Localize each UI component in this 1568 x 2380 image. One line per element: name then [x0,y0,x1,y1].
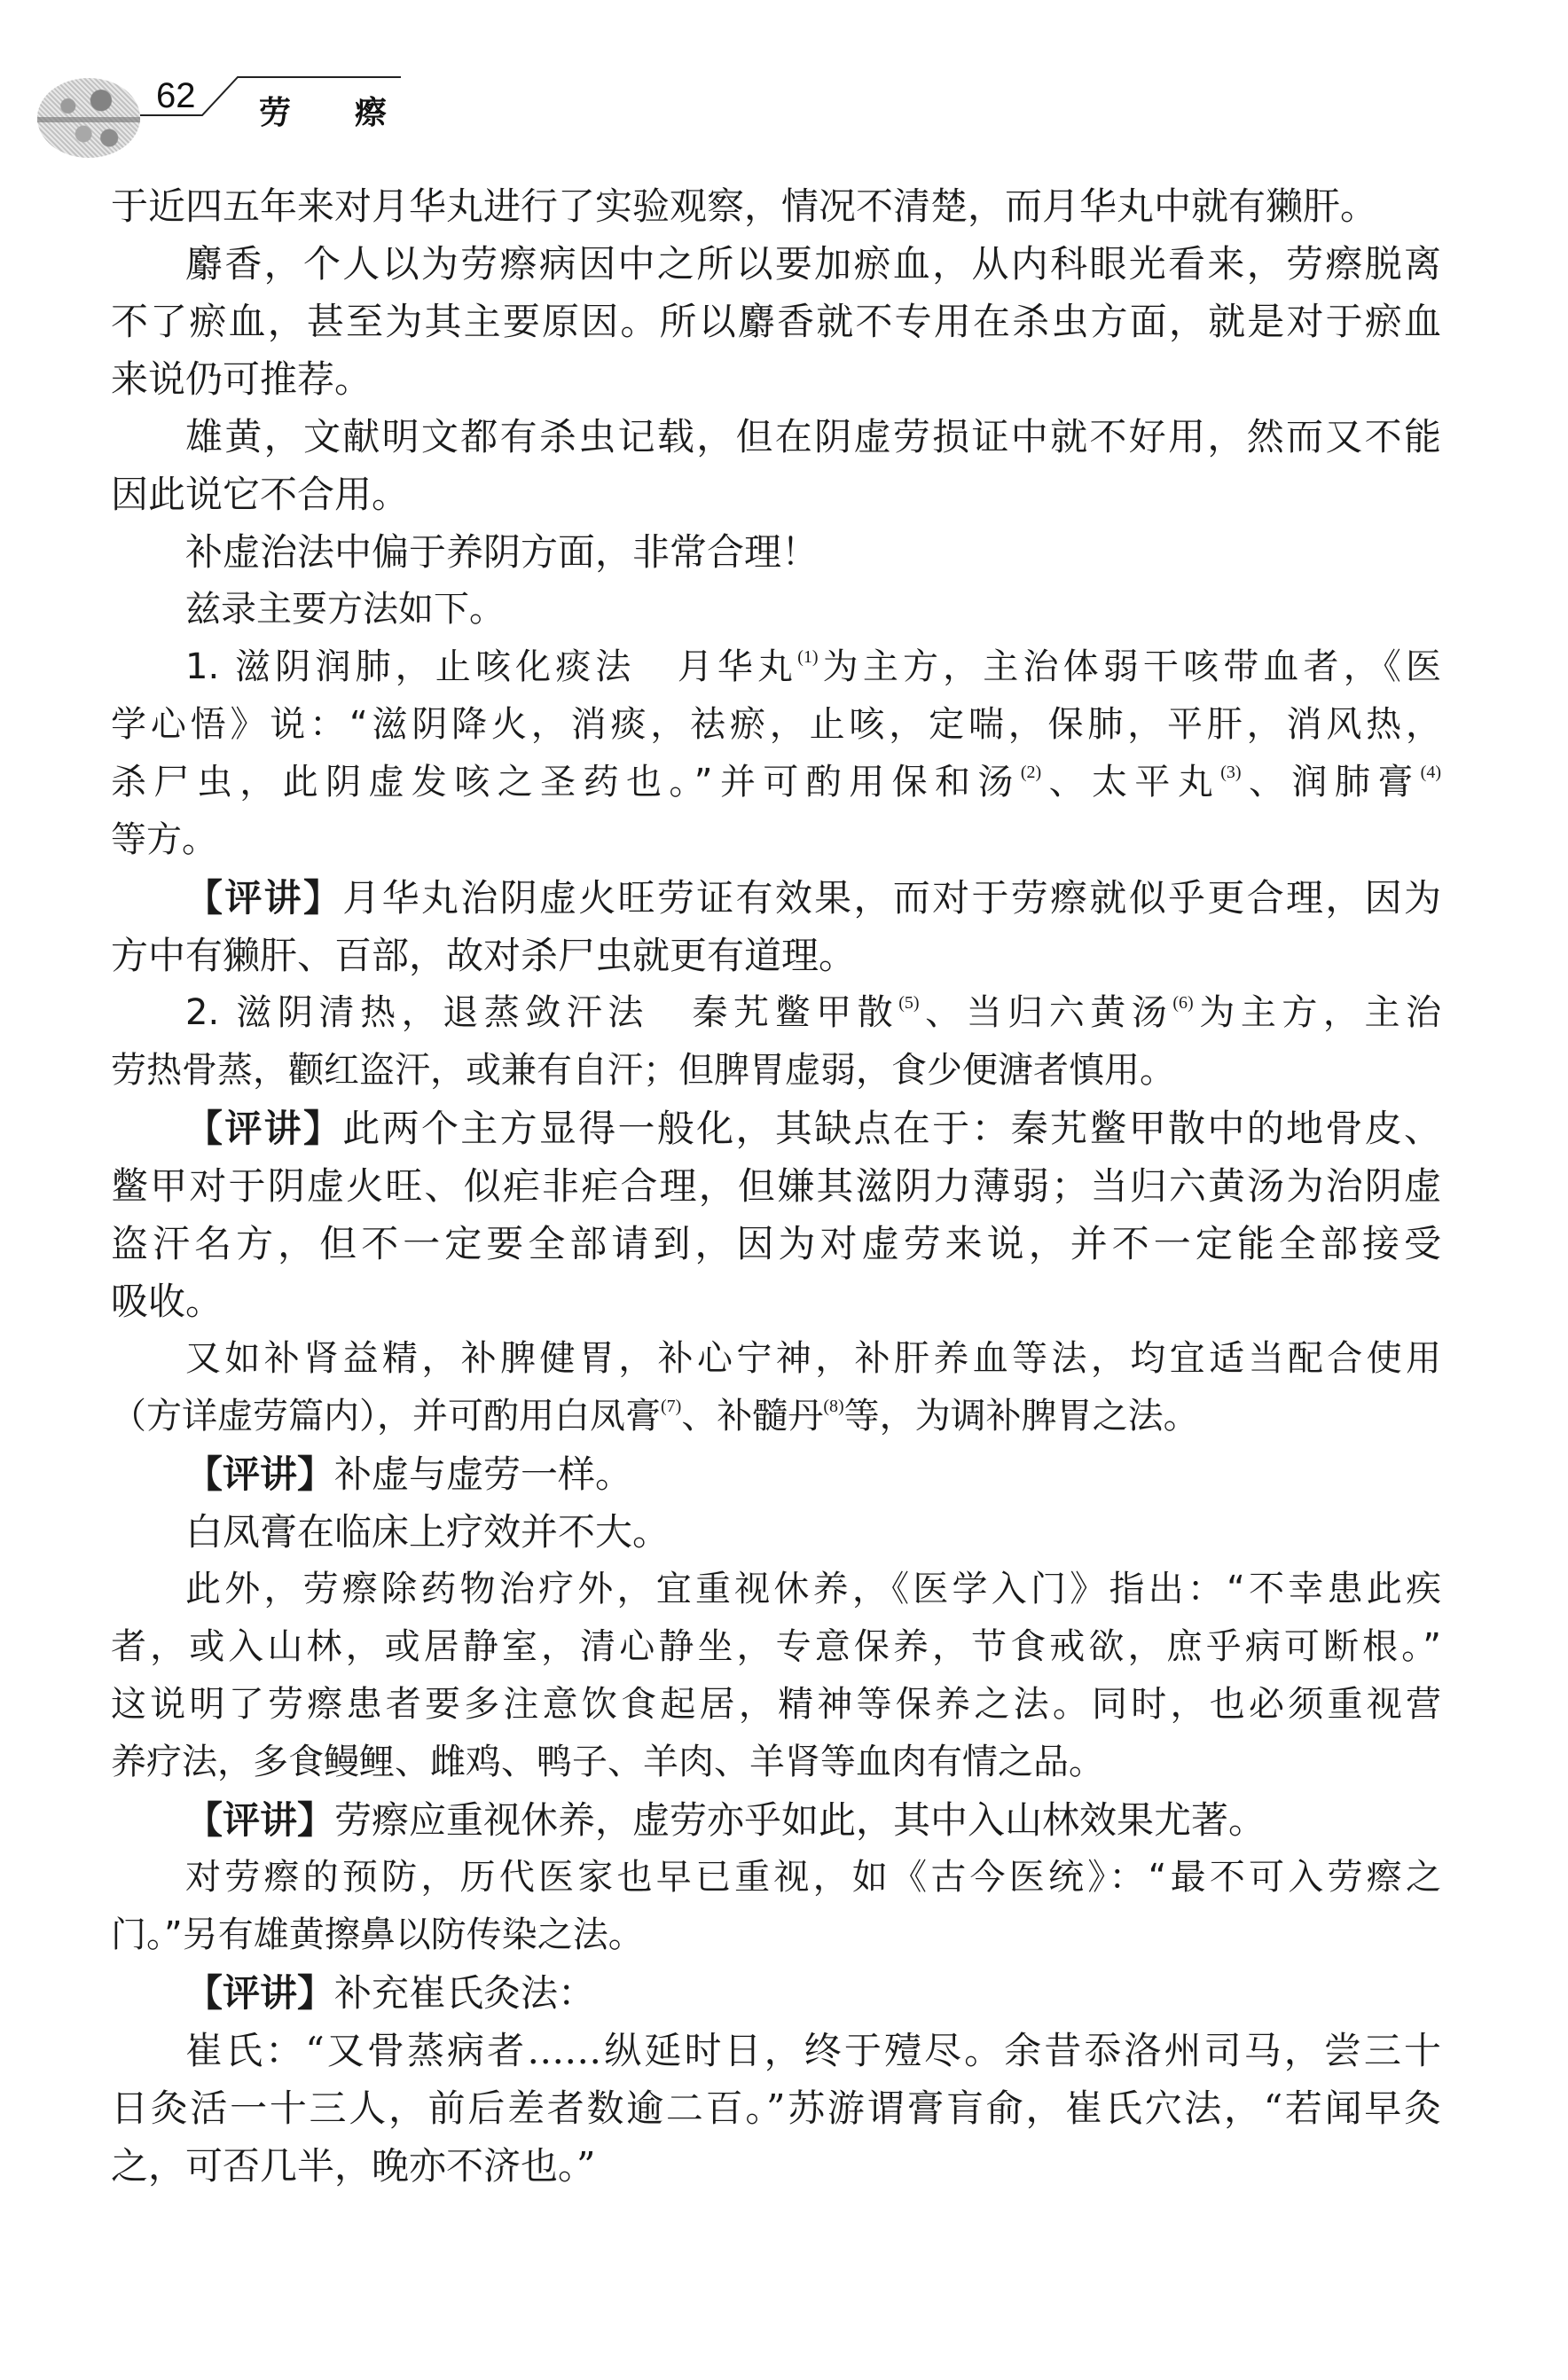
paragraph-line: 雄黄，文献明文都有杀虫记载，但在阴虚劳损证中就不好用，然而又不能 [111,408,1441,466]
commentary-line: 鳖甲对于阴虚火旺、似疟非疟合理，但嫌其滋阴力薄弱；当归六黄汤为治阴虚 [111,1157,1441,1215]
paragraph-line: 又如补肾益精，补脾健胃，补心宁神，补肝养血等法，均宜适当配合使用 [111,1330,1441,1388]
method-heading: 1. 滋阴润肺，止咳化痰法 [185,646,636,687]
commentary-line: 吸收。 [111,1272,1441,1330]
paragraph-line: 者，或入山林，或居静室，清心静坐，专意保养，节食戒欲，庶乎病可断根。” [111,1618,1441,1676]
paragraph-line: 门。”另有雄黄擦鼻以防传染之法。 [111,1906,1441,1964]
running-header: 62 劳瘵 [0,0,1568,160]
paragraph-line: 日灸活一十三人，前后差者数逾二百。”苏游谓膏肓俞，崔氏穴法，“若闻早灸 [111,2079,1441,2137]
method-line: 劳热骨蒸，颧红盗汗，或兼有自汗；但脾胃虚弱，食少便溏者慎用。 [111,1042,1441,1100]
paragraph-line: 不了瘀血，甚至为其主要原因。所以麝香就不专用在杀虫方面，就是对于瘀血 [111,293,1441,350]
paragraph-line: 对劳瘵的预防，历代医家也早已重视，如《古今医统》：“最不可入劳瘵之 [111,1849,1441,1906]
commentary-tag: 【评讲】 [185,1798,334,1842]
footnote-ref: (8) [823,1397,843,1416]
footnote-ref: (6) [1172,993,1193,1013]
commentary-line: 【评讲】补充崔氏灸法： [111,1964,1441,2022]
footnote-ref: (1) [797,647,818,667]
footnote-ref: (2) [1021,763,1041,782]
commentary-line: 方中有獭肝、百部，故对杀尸虫就更有道理。 [111,927,1441,984]
commentary-tag: 【评讲】 [185,1452,334,1496]
paragraph-line: 这说明了劳瘵患者要多注意饮食起居，精神等保养之法。同时，也必须重视营 [111,1676,1441,1734]
paragraph-line: 崔氏：“又骨蒸病者……纵延时日，终于殪尽。余昔忝洛州司马，尝三十 [111,2022,1441,2079]
paragraph-line: 因此说它不合用。 [111,466,1441,523]
footnote-ref: (4) [1421,763,1441,782]
paragraph-line: （方详虚劳篇内），并可酌用白凤膏(7)、补髓丹(8)等，为调补脾胃之法。 [111,1388,1441,1445]
commentary-line: 【评讲】此两个主方显得一般化，其缺点在于：秦艽鳖甲散中的地骨皮、 [111,1100,1441,1157]
method-heading: 2. 滋阴清热，退蒸敛汗法 [185,992,649,1033]
commentary-tag: 【评讲】 [185,1107,342,1150]
method-line: 2. 滋阴清热，退蒸敛汗法秦艽鳖甲散(5)、当归六黄汤(6)为主方，主治 [111,984,1441,1042]
commentary-line: 【评讲】月华丸治阴虚火旺劳证有效果，而对于劳瘵就似乎更合理，因为 [111,869,1441,927]
method-line: 学心悟》说：“滋阴降火，消痰，祛瘀，止咳，定喘，保肺，平肝，消风热， [111,696,1441,754]
paragraph-line: 补虚治法中偏于养阴方面，非常合理！ [111,523,1441,581]
paragraph-line: 之，可否几半，晚亦不济也。” [111,2137,1441,2195]
paragraph-line: 于近四五年来对月华丸进行了实验观察，情况不清楚，而月华丸中就有獭肝。 [111,177,1441,235]
method-line: 1. 滋阴润肺，止咳化痰法月华丸(1)为主方，主治体弱干咳带血者，《医 [111,638,1441,696]
footnote-ref: (7) [661,1397,681,1416]
commentary-tag: 【评讲】 [185,1971,334,2015]
commentary-line: 【评讲】补虚与虚劳一样。 [111,1445,1441,1503]
paragraph-line: 白凤膏在临床上疗效并不大。 [111,1503,1441,1561]
running-chapter-title: 劳瘵 [259,96,451,131]
method-line: 杀尸虫，此阴虚发咳之圣药也。”并可酌用保和汤(2)、太平丸(3)、润肺膏(4) [111,754,1441,811]
commentary-line: 【评讲】劳瘵应重视休养，虚劳亦乎如此，其中入山林效果尤著。 [111,1791,1441,1849]
paragraph-line: 养疗法，多食鳗鲤、雌鸡、鸭子、羊肉、羊肾等血肉有情之品。 [111,1734,1441,1791]
footnote-ref: (5) [898,993,919,1013]
paragraph-line: 麝香，个人以为劳瘵病因中之所以要加瘀血，从内科眼光看来，劳瘵脱离 [111,235,1441,293]
page-body: 于近四五年来对月华丸进行了实验观察，情况不清楚，而月华丸中就有獭肝。 麝香，个人… [111,177,1441,2195]
commentary-tag: 【评讲】 [185,876,342,920]
header-rule-line [0,0,1568,160]
method-line: 等方。 [111,811,1441,869]
paragraph-line: 来说仍可推荐。 [111,350,1441,408]
footnote-ref: (3) [1220,763,1241,782]
paragraph-line: 兹录主要方法如下。 [111,581,1441,638]
commentary-line: 盗汗名方，但不一定要全部请到，因为对虚劳来说，并不一定能全部接受 [111,1215,1441,1272]
paragraph-line: 此外，劳瘵除药物治疗外，宜重视休养，《医学入门》指出：“不幸患此疾 [111,1561,1441,1618]
